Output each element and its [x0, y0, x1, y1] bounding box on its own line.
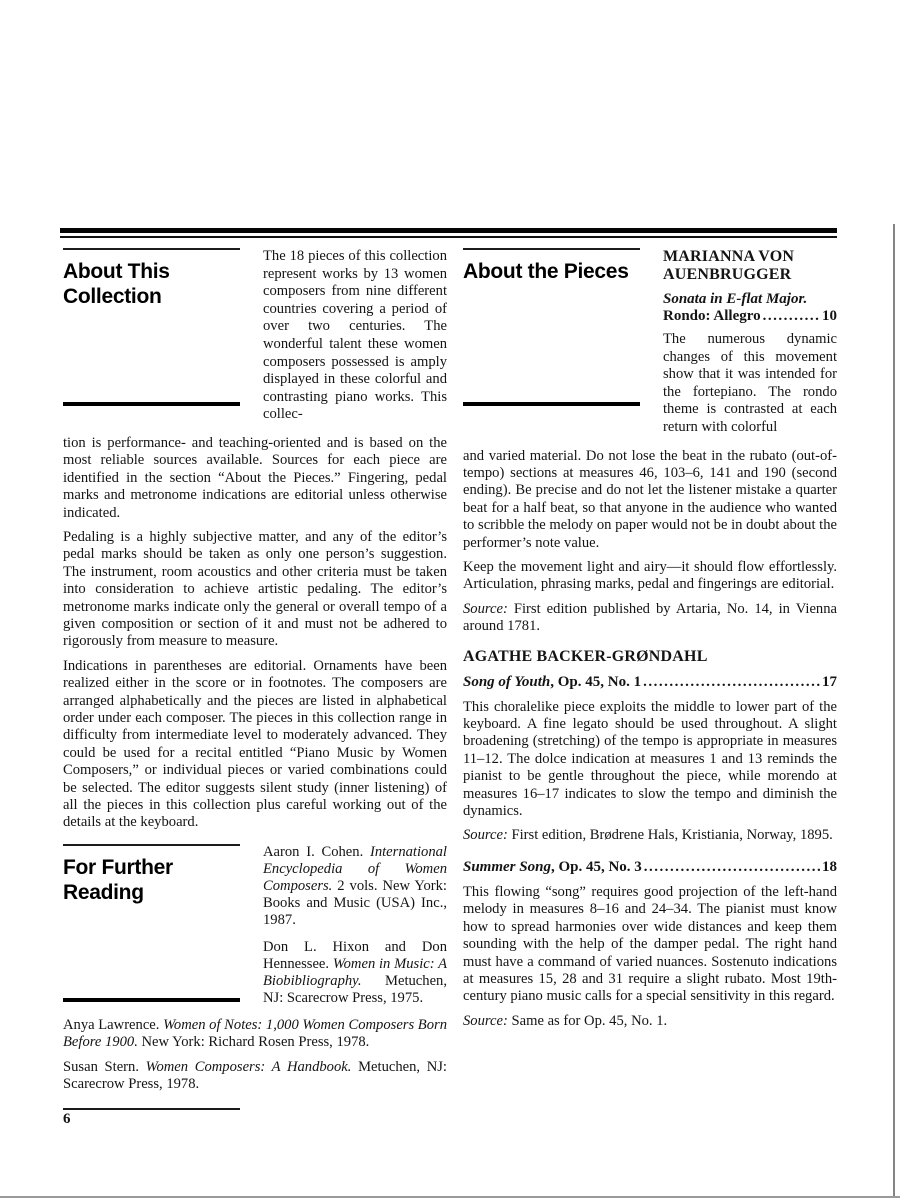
source-label: Source: [463, 601, 508, 617]
piece-toc-line: Rondo: Allegro ............. 10 [663, 308, 837, 325]
further-reading-heading-block: For Further Reading [63, 844, 240, 1002]
source-label: Source: [463, 1013, 508, 1029]
heading-rule-top [463, 248, 640, 250]
piece-toc-line: Song of Youth, Op. 45, No. 1 ...........… [463, 674, 837, 691]
dot-leader: ........................................… [644, 859, 820, 876]
source-note: Source: First edition, Brødrene Hals, Kr… [463, 827, 837, 844]
piece-paragraph-side: The numerous dynamic changes of this mov… [663, 331, 837, 437]
piece-page-ref: 17 [822, 674, 837, 691]
reference-author: Anya Lawrence. [63, 1017, 159, 1033]
heading-rule-top [63, 844, 240, 846]
composer-name: MARIANNA VON AUENBRUGGER [663, 248, 837, 284]
body-paragraph: Indications in parentheses are editorial… [63, 658, 447, 832]
reference-list-side: Aaron I. Cohen. International Encycloped… [263, 844, 447, 1017]
reference-publisher: New York: Richard Rosen Press, 1978. [142, 1034, 370, 1050]
piece-title: Song of Youth, Op. 45, No. 1 [463, 674, 641, 691]
dot-leader: ............. [763, 308, 820, 325]
about-pieces-heading: About the Pieces [463, 259, 640, 284]
reference-item: Don L. Hixon and Don Hennessee. Women in… [263, 939, 447, 1007]
piece-toc-line: Summer Song, Op. 45, No. 3 .............… [463, 859, 837, 876]
about-collection-heading: About This Collection [63, 259, 240, 309]
piece-title-line: Sonata in E-flat Major. [663, 290, 837, 308]
piece-movement: Rondo: Allegro [663, 308, 761, 325]
heading-rule-top [63, 248, 240, 250]
piece-paragraph: This flowing “song” requires good projec… [463, 884, 837, 1006]
about-pieces-heading-block: About the Pieces [463, 248, 640, 406]
auenbrugger-side-block: MARIANNA VON AUENBRUGGER Sonata in E-fla… [663, 248, 837, 444]
body-paragraph: tion is performance- and teaching-orient… [63, 435, 447, 522]
scan-edge-bottom [0, 1196, 900, 1198]
heading-rule-bottom [463, 402, 640, 406]
composer-name: AGATHE BACKER-GRØNDAHL [463, 648, 837, 666]
piece-page-ref: 10 [822, 308, 837, 325]
source-text: First edition, Brødrene Hals, Kristiania… [512, 827, 833, 843]
scanned-book-page: About This Collection The 18 pieces of t… [0, 0, 900, 1200]
source-text: Same as for Op. 45, No. 1. [512, 1013, 668, 1029]
about-collection-side-text: The 18 pieces of this collection represe… [263, 248, 447, 431]
reference-author: Aaron I. Cohen. [263, 844, 363, 860]
heading-rule-bottom [63, 998, 240, 1002]
piece-title: Summer Song, Op. 45, No. 3 [463, 859, 642, 876]
piece-paragraph: This choralelike piece exploits the midd… [463, 699, 837, 821]
reference-item: Susan Stern. Women Composers: A Handbook… [63, 1059, 447, 1094]
page-number: 6 [63, 1111, 447, 1128]
section-about-pieces: About the Pieces MARIANNA VON AUENBRUGGE… [463, 248, 837, 444]
body-paragraph: Pedaling is a highly subjective matter, … [63, 529, 447, 651]
source-note: Source: First edition published by Artar… [463, 601, 837, 636]
piece-page-ref: 18 [822, 859, 837, 876]
section-further-reading: For Further Reading Aaron I. Cohen. Inte… [63, 844, 447, 1017]
reference-title: Women Composers: A Handbook. [146, 1059, 352, 1075]
piece-paragraph: Keep the movement light and airy—it shou… [463, 559, 837, 594]
further-reading-heading: For Further Reading [63, 855, 240, 905]
dot-leader: ........................................… [643, 674, 820, 691]
scan-edge-right [893, 224, 895, 1198]
reference-item: Anya Lawrence. Women of Notes: 1,000 Wom… [63, 1017, 447, 1052]
source-note: Source: Same as for Op. 45, No. 1. [463, 1013, 837, 1030]
right-column: About the Pieces MARIANNA VON AUENBRUGGE… [463, 248, 837, 1039]
top-double-rule [60, 228, 837, 238]
piece-title: Sonata in E-flat Major. [663, 291, 807, 307]
footer-rule [63, 1108, 240, 1110]
heading-rule-bottom [63, 402, 240, 406]
reference-author: Susan Stern. [63, 1059, 139, 1075]
source-text: First edition published by Artaria, No. … [463, 601, 837, 634]
source-label: Source: [463, 827, 508, 843]
section-about-collection: About This Collection The 18 pieces of t… [63, 248, 447, 431]
piece-paragraph: and varied material. Do not lose the bea… [463, 448, 837, 552]
about-collection-heading-block: About This Collection [63, 248, 240, 406]
reference-item: Aaron I. Cohen. International Encycloped… [263, 844, 447, 929]
intro-paragraph-side: The 18 pieces of this collection represe… [263, 248, 447, 424]
left-column: About This Collection The 18 pieces of t… [63, 248, 447, 1128]
